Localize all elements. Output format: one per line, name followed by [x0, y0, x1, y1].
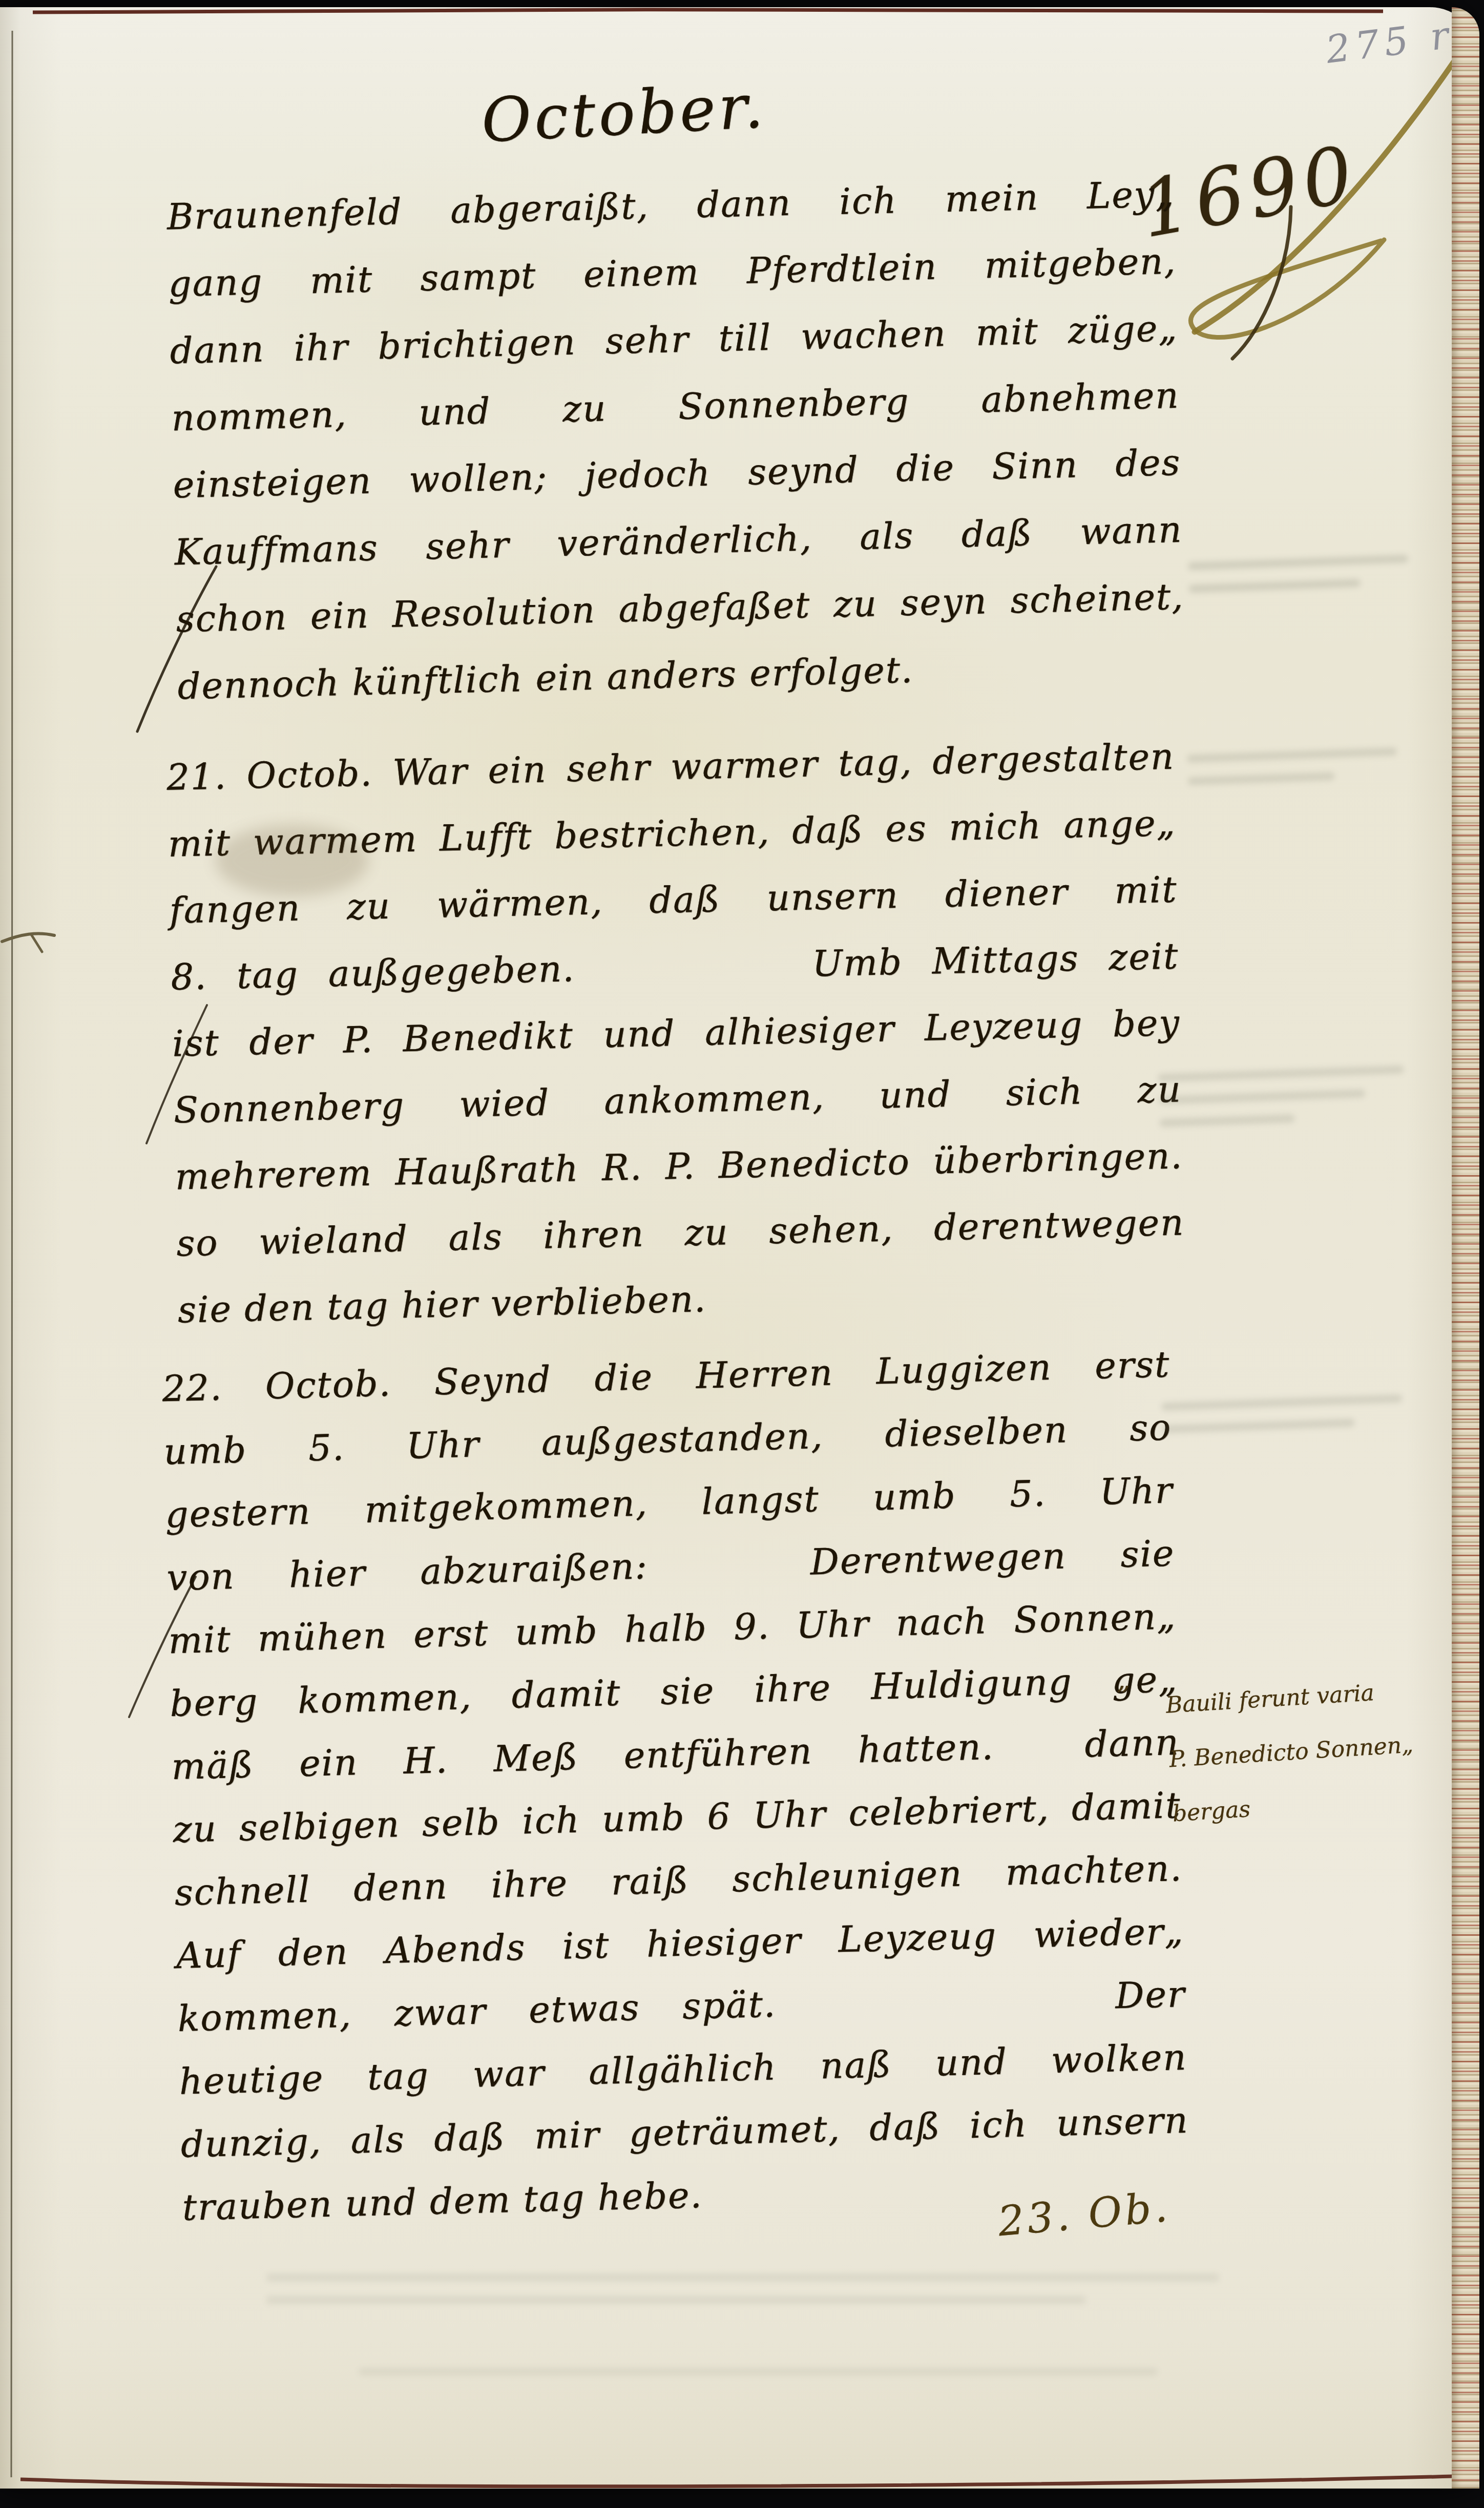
- bleed-through-ghost: [359, 2353, 1158, 2390]
- bleed-through-ghost: [1187, 540, 1410, 608]
- manuscript-page: 275 r October. 1690 Braunenfeld abgeraiß…: [0, 7, 1478, 2489]
- book-fore-edge: [1452, 7, 1479, 2489]
- bleed-through-ghost: [1161, 1380, 1404, 1448]
- bleed-through-ghost: [1186, 733, 1398, 800]
- margin-note: Bauili ferunt varia P. Benedicto Sonnen„…: [1164, 1660, 1484, 1842]
- insertion-mark: „: [1117, 1665, 1131, 1696]
- bleed-through-ghost: [266, 2259, 1219, 2318]
- page-title: October.: [480, 71, 768, 156]
- bleed-through-ghost: [1157, 1051, 1406, 1142]
- diary-entry-22-october: 22. Octob. Seynd die Herren Luggizen ers…: [161, 1333, 1190, 2240]
- manuscript-scan: 275 r October. 1690 Braunenfeld abgeraiß…: [0, 0, 1484, 2508]
- diary-entry-continuation: Braunenfeld abgeraißt, dann ich mein Ley…: [166, 161, 1186, 720]
- folio-number: 275 r: [1324, 13, 1456, 72]
- diary-entry-21-october: 21. Octob. War ein sehr warmer tag, derg…: [166, 723, 1186, 1344]
